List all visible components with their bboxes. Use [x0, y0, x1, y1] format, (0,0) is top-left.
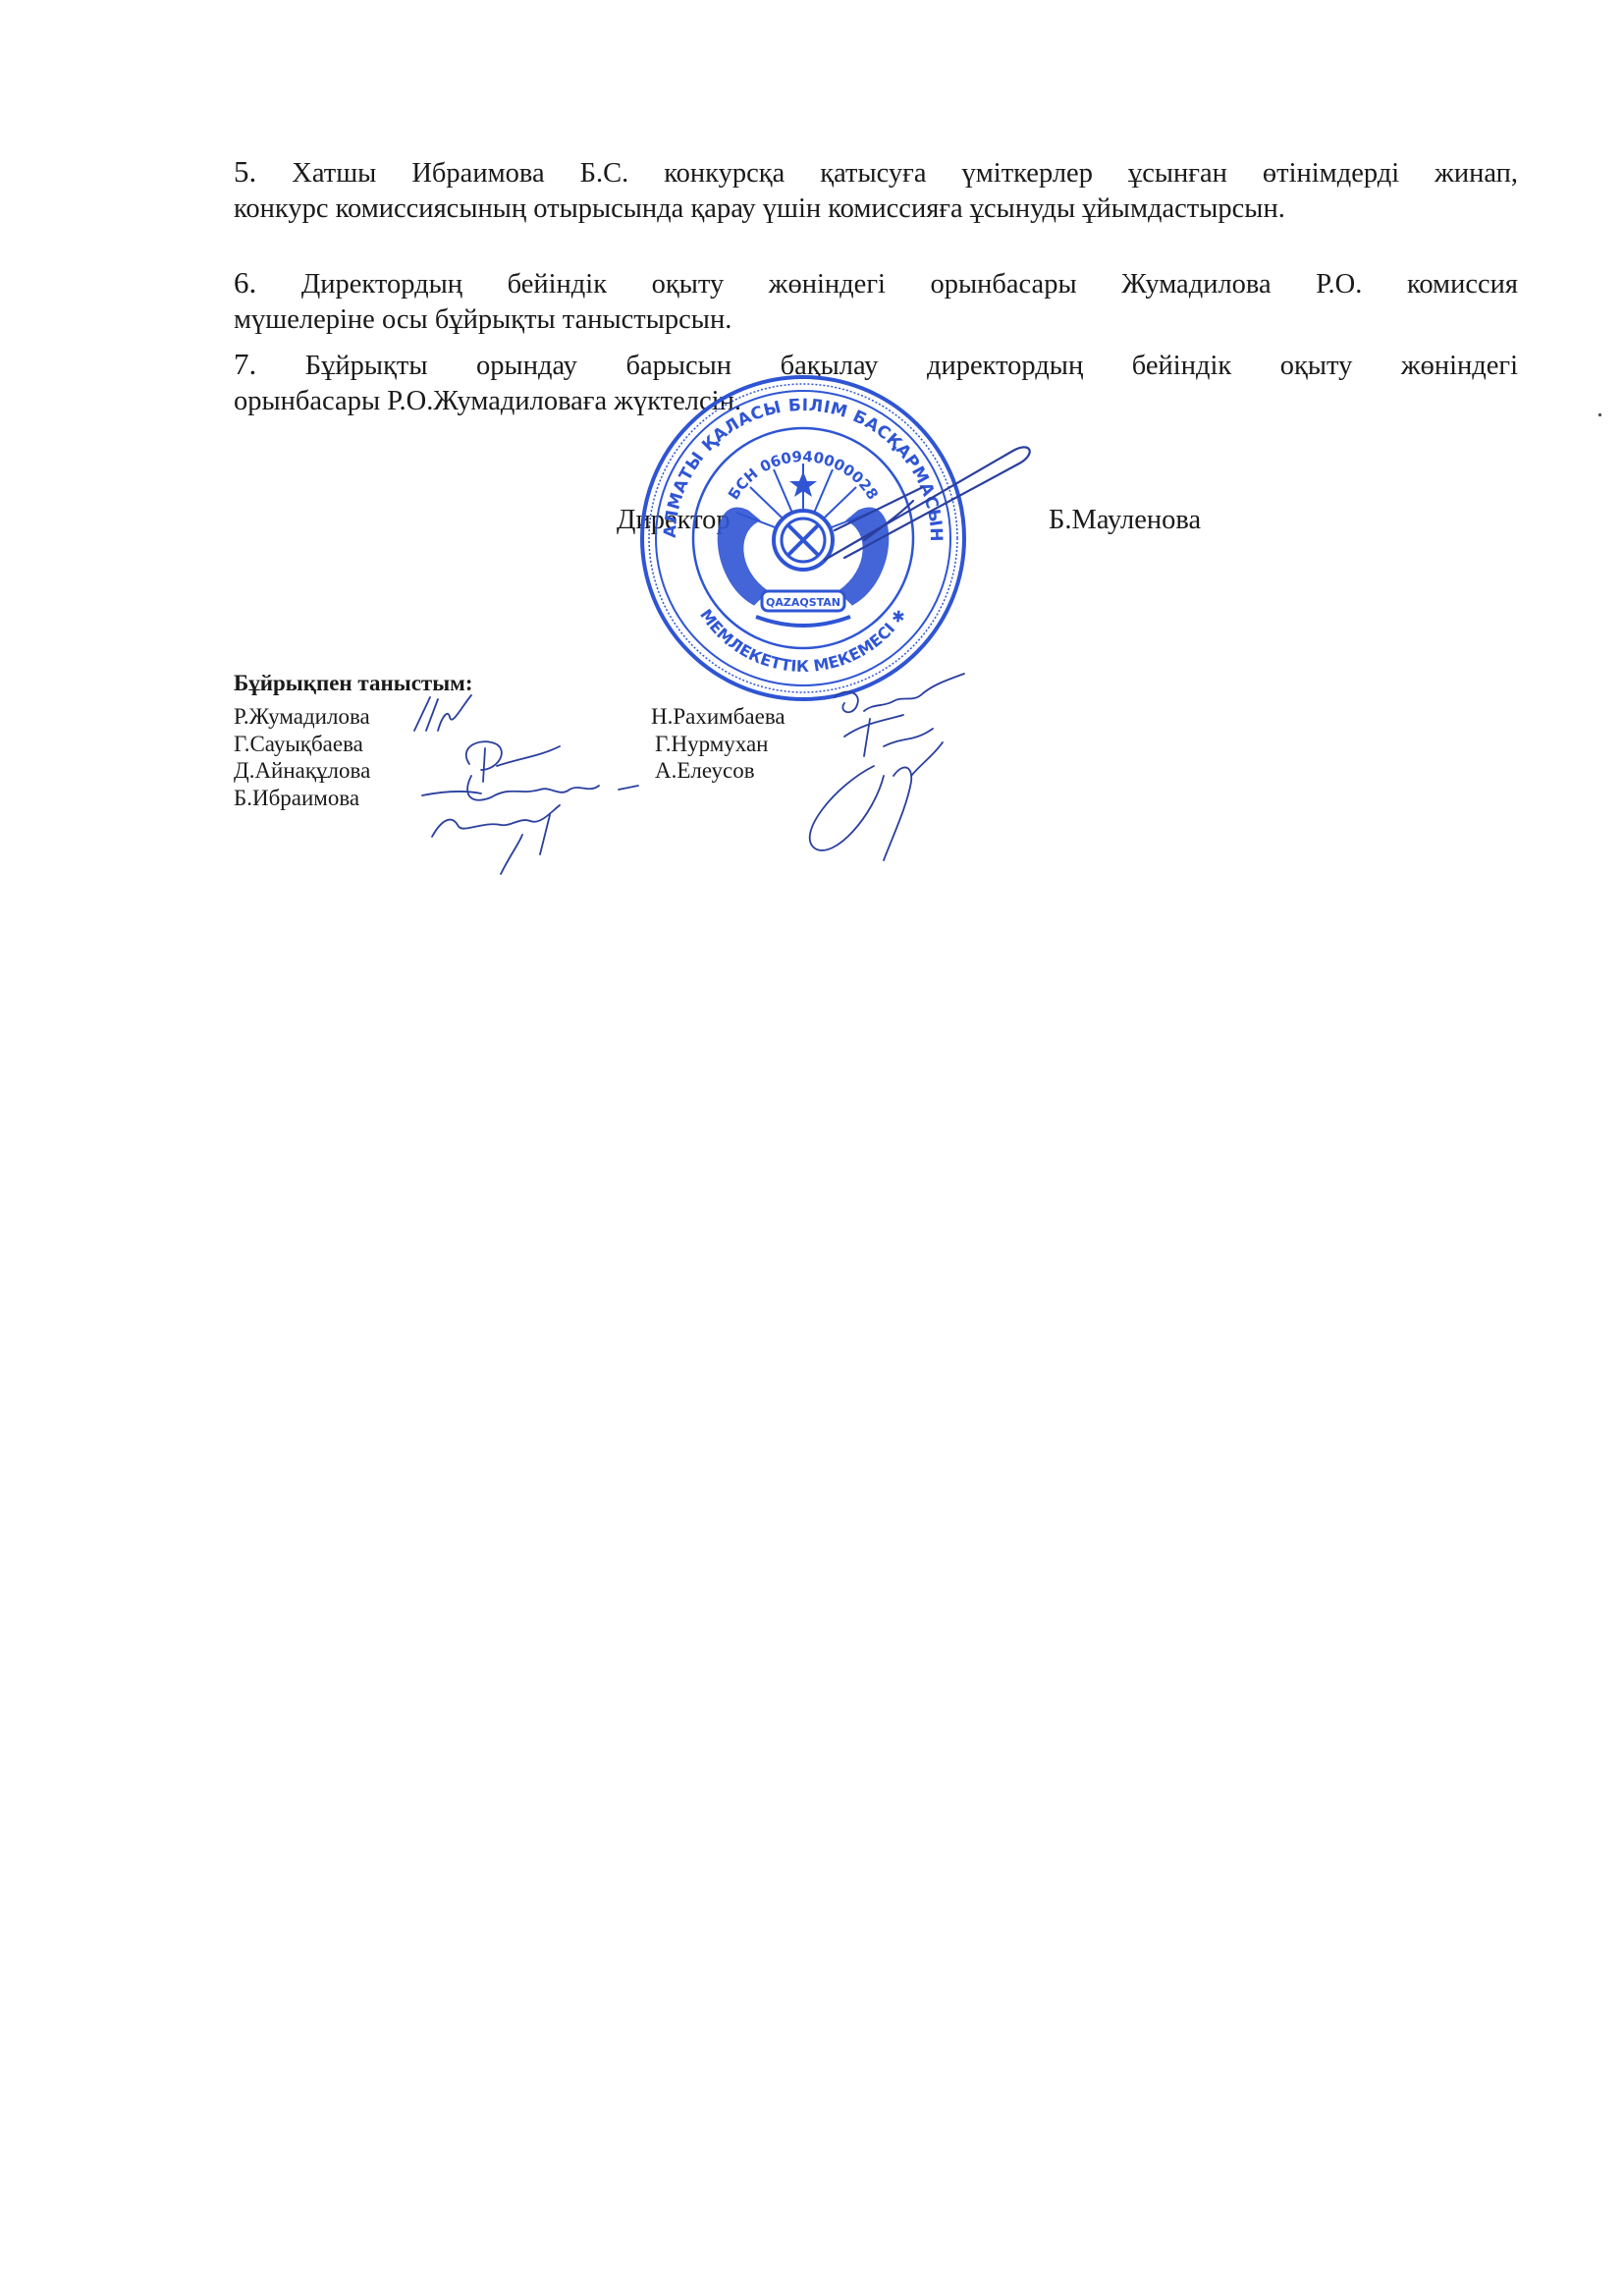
- acknowledger-name: Н.Рахимбаева: [651, 704, 785, 730]
- acknowledger-name: Б.Ибраимова: [234, 786, 359, 811]
- acknowledger-name: Г.Сауықбаева: [234, 732, 363, 757]
- order-item-5: 5. Хатшы Ибраимова Б.С. конкурсқа қатысу…: [234, 154, 1518, 227]
- item-number: 5.: [234, 154, 256, 189]
- acknowledger-name: А.Елеусов: [655, 758, 755, 784]
- director-name: Б.Мауленова: [1049, 505, 1201, 536]
- document-page: 5. Хатшы Ибраимова Б.С. конкурсқа қатысу…: [0, 0, 1624, 2296]
- svg-text:QAZAQSTAN: QAZAQSTAN: [766, 596, 840, 609]
- director-signature-icon: [805, 432, 1051, 570]
- acknowledgement-block: Бұйрықпен таныстым:: [234, 670, 473, 697]
- acknowledger-name: Р.Жумадилова: [234, 704, 370, 730]
- acknowledgement-title: Бұйрықпен таныстым:: [234, 670, 473, 697]
- svg-text:МЕМЛЕКЕТТІК МЕКЕМЕСІ ✱: МЕМЛЕКЕТТІК МЕКЕМЕСІ ✱: [696, 606, 910, 676]
- director-title: Директор: [617, 505, 731, 536]
- order-item-line: конкурс комиссиясының отырысында қарау ү…: [234, 191, 1518, 227]
- official-stamp-icon: АЛМАТЫ ҚАЛАСЫ БІЛІМ БАСҚАРМАСЫНЫҢ «№188 …: [638, 373, 968, 703]
- handwritten-signatures-right-icon: [736, 668, 972, 864]
- item-number: 7.: [234, 347, 256, 381]
- order-item-7: 7. Бұйрықты орындау барысын бақылау дире…: [234, 347, 1518, 419]
- order-item-line: 7. Бұйрықты орындау барысын бақылау дире…: [234, 347, 1518, 384]
- item-number: 6.: [234, 265, 256, 300]
- order-item-line: орынбасары Р.О.Жумадиловаға жүктелсін.: [234, 384, 1518, 419]
- scan-speck: [1598, 413, 1601, 416]
- order-item-6: 6. Директордың бейіндік оқыту жөніндегі …: [234, 265, 1518, 338]
- handwritten-signatures-left-icon: [403, 687, 668, 884]
- order-item-line: 6. Директордың бейіндік оқыту жөніндегі …: [234, 265, 1518, 302]
- acknowledger-name: Г.Нурмухан: [655, 732, 768, 757]
- order-item-line: 5. Хатшы Ибраимова Б.С. конкурсқа қатысу…: [234, 154, 1518, 191]
- svg-text:БСН 060940000028: БСН 060940000028: [725, 448, 882, 503]
- acknowledger-name: Д.Айнақұлова: [234, 758, 370, 784]
- order-item-line: мүшелеріне осы бұйрықты таныстырсын.: [234, 302, 1518, 338]
